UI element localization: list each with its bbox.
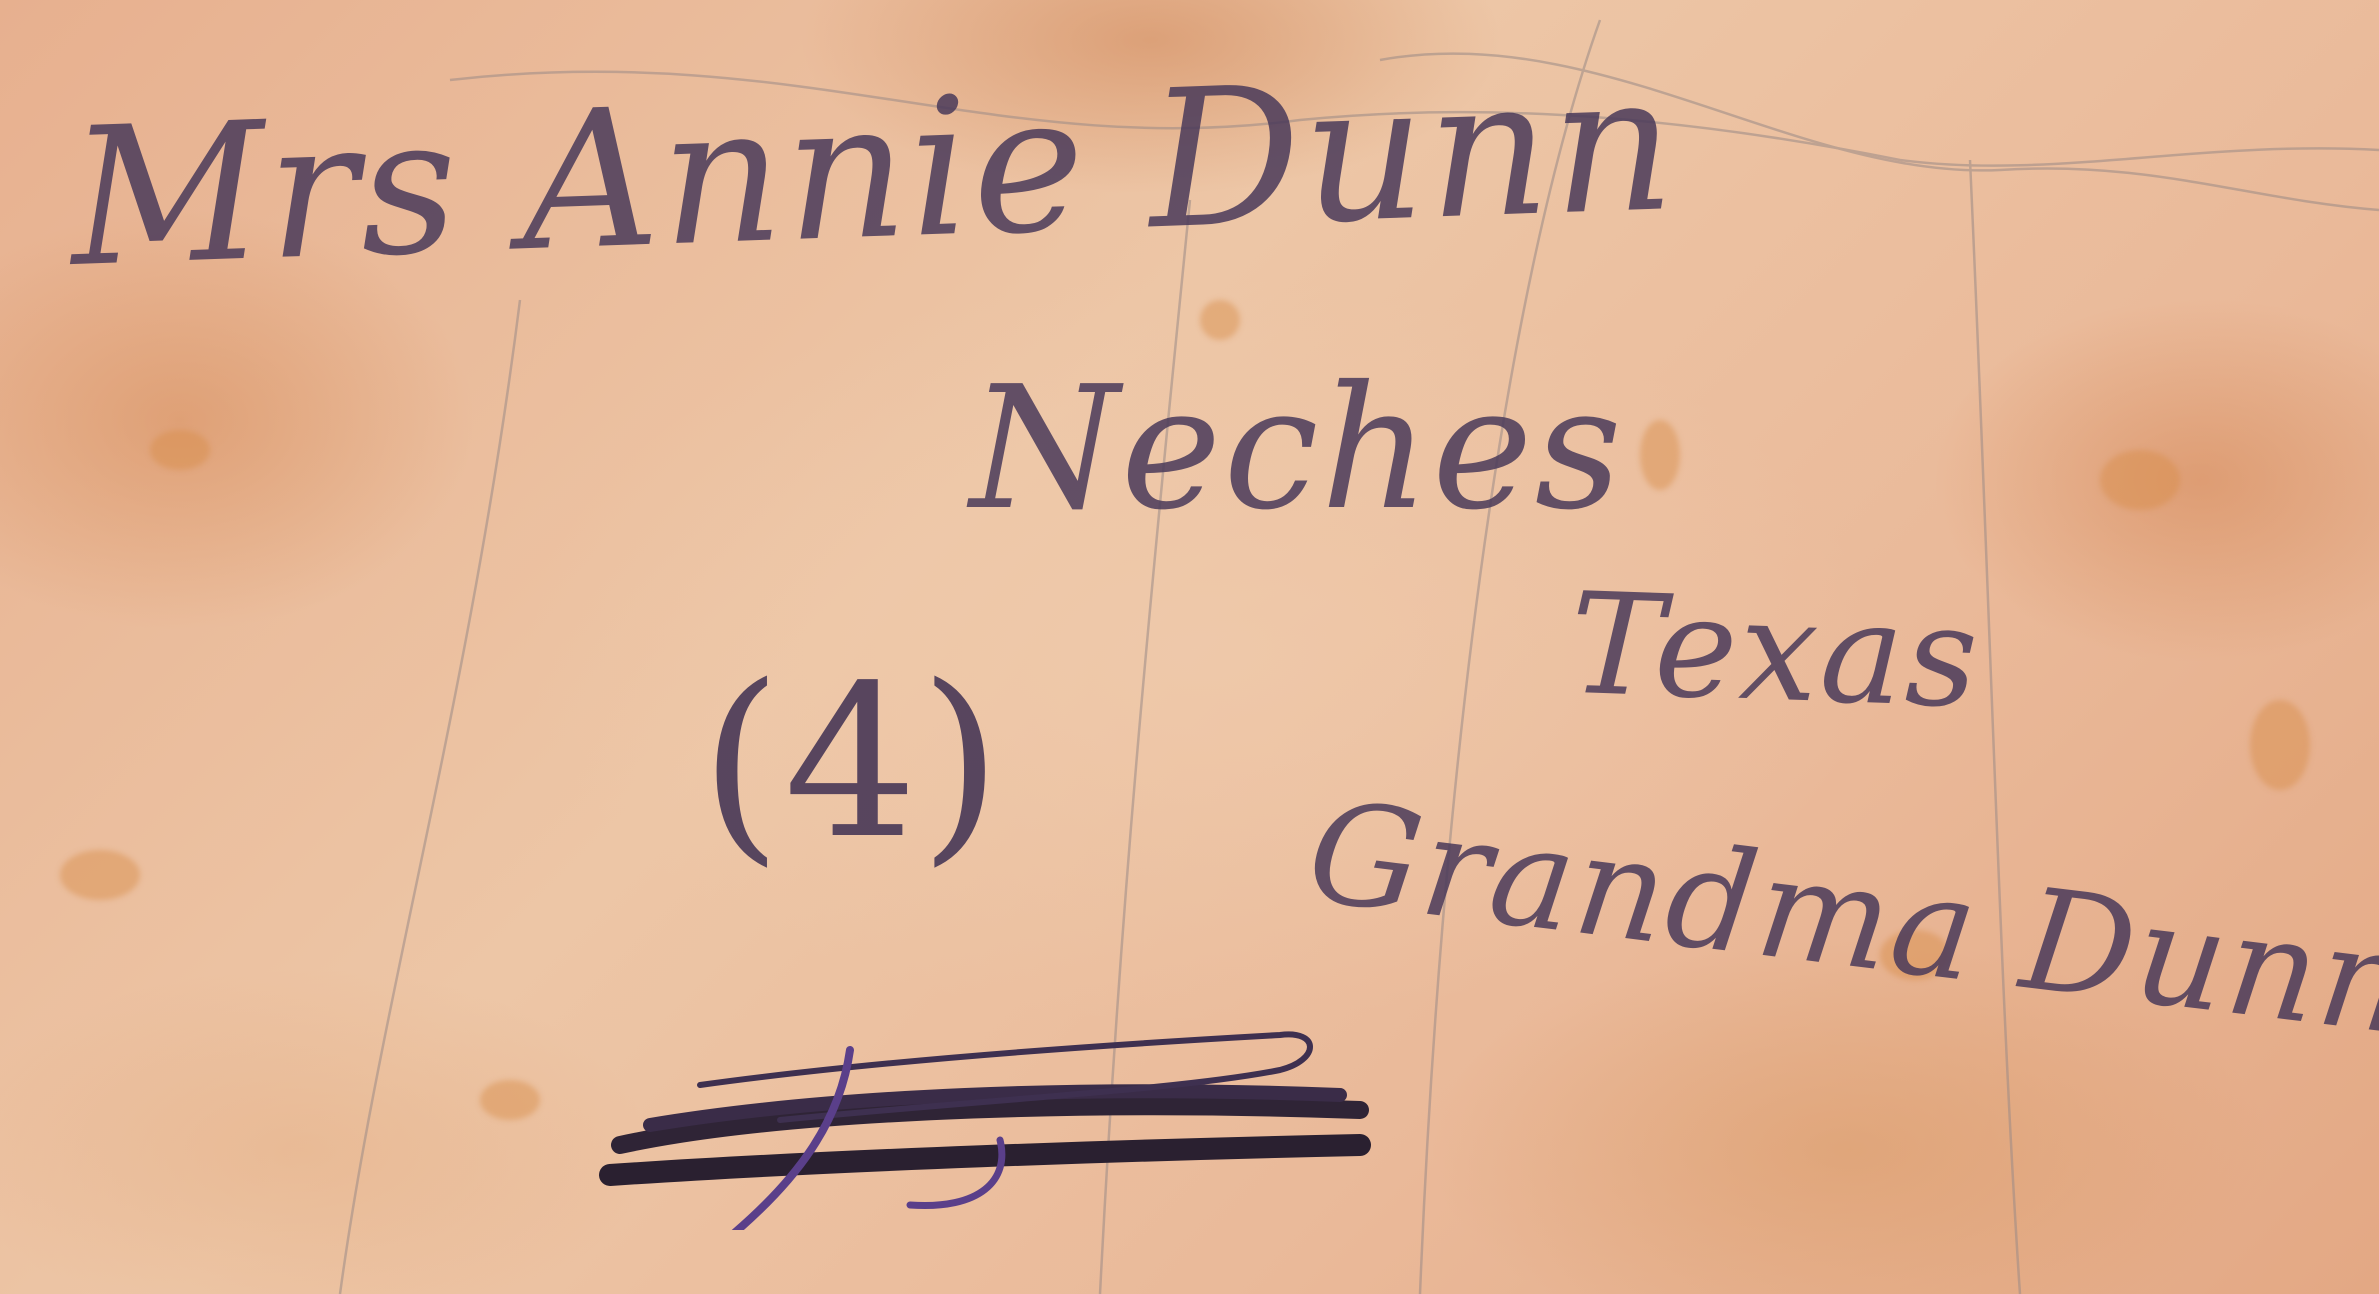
handwritten-number: (4) bbox=[700, 640, 1003, 885]
aged-paper-card: Mrs Annie Dunn Neches Texas (4) Grandma … bbox=[0, 0, 2379, 1294]
handwritten-city: Neches bbox=[970, 350, 1624, 548]
scribbled-out-mark bbox=[580, 1000, 1430, 1230]
handwritten-state: Texas bbox=[1567, 563, 1982, 740]
